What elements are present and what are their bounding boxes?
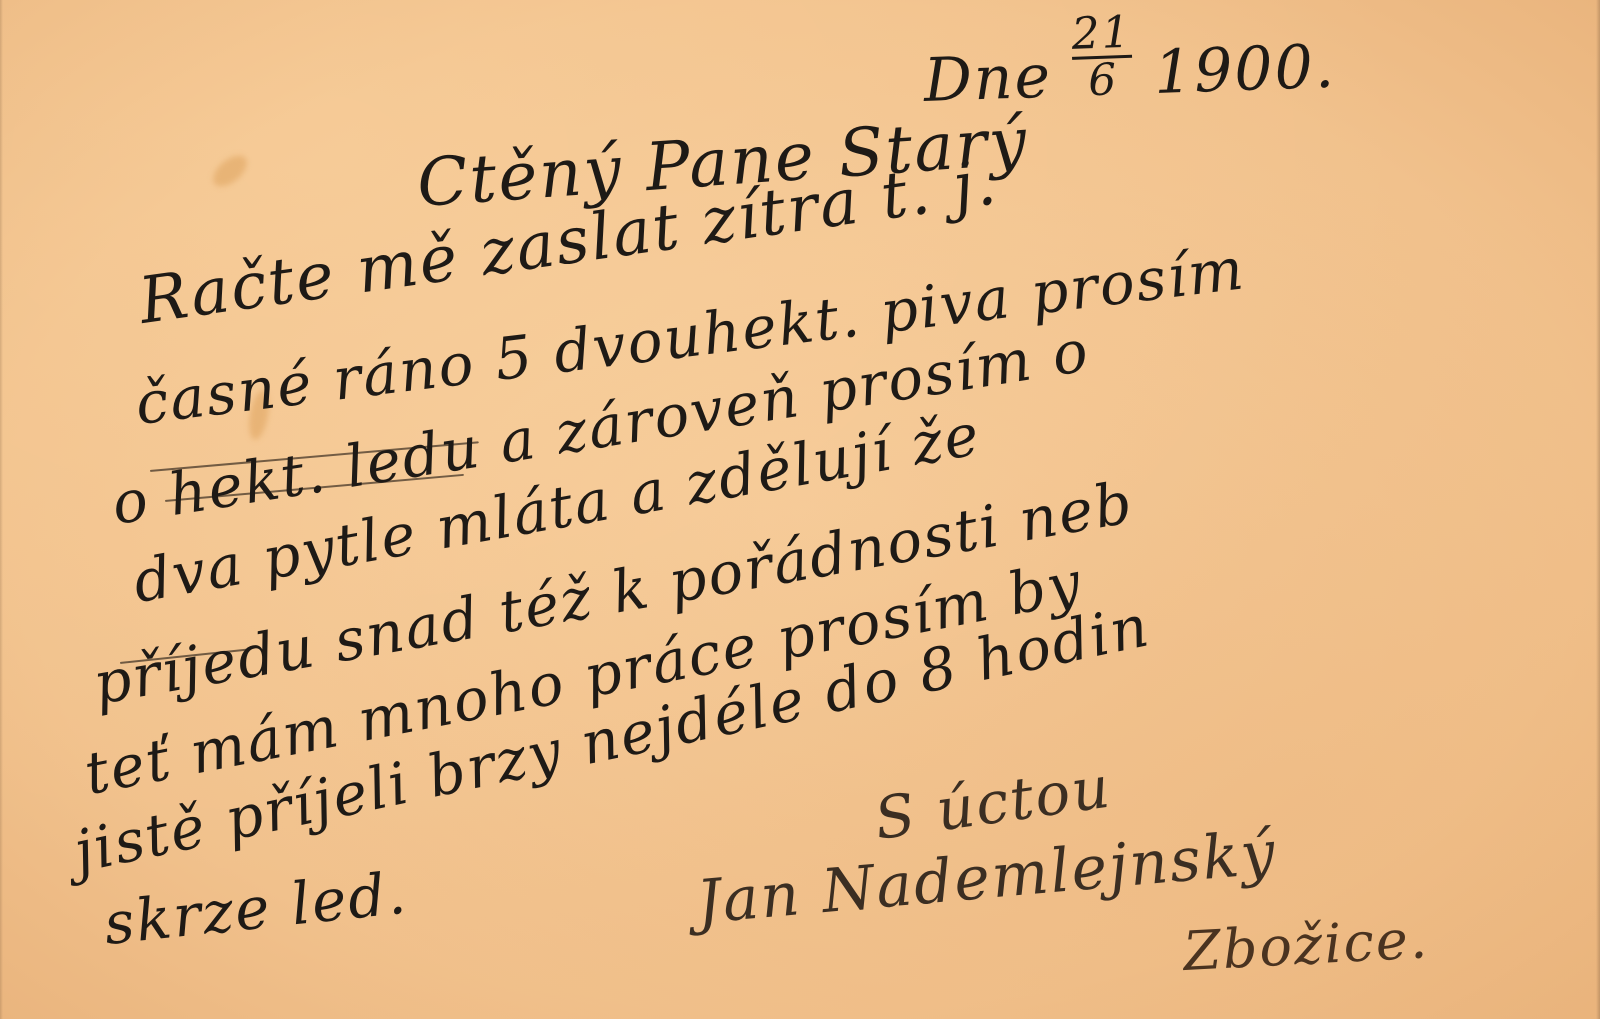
date-day: 21 <box>1071 11 1132 57</box>
date-month: 6 <box>1072 55 1134 104</box>
letter-date: Dne 21 6 1900. <box>922 4 1337 116</box>
date-fraction: 21 6 <box>1071 11 1134 104</box>
date-year: 1900. <box>1153 32 1337 108</box>
signature-place: Zbožice. <box>1182 907 1431 983</box>
paper-left-edge <box>0 0 3 1019</box>
paper-right-edge <box>1596 0 1600 1019</box>
